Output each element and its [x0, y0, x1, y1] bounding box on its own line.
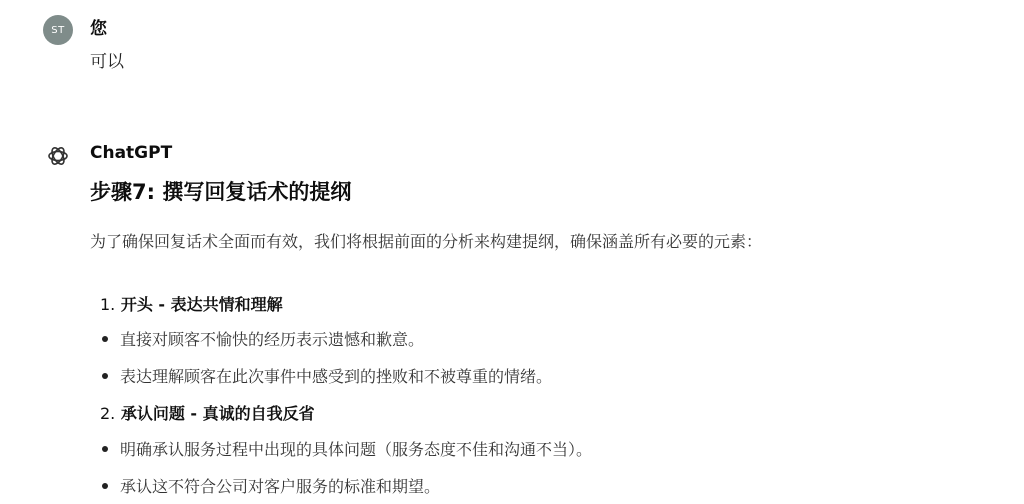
section-title: 开头 - 表达共情和理解: [121, 295, 283, 314]
list-item: 直接对顾客不愉快的经历表示遗憾和歉意。: [120, 327, 424, 350]
list-section-1-title: 1. 开头 - 表达共情和理解: [100, 292, 283, 315]
list-item: 承认这不符合公司对客户服务的标准和期望。: [120, 474, 440, 497]
section-title: 承认问题 - 真诚的自我反省: [121, 404, 315, 423]
user-name: 您: [90, 14, 107, 39]
section-number: 2.: [100, 404, 115, 423]
list-section-2-title: 2. 承认问题 - 真诚的自我反省: [100, 401, 315, 424]
user-avatar: ST: [43, 15, 73, 45]
user-message-text: 可以: [90, 47, 124, 72]
list-item: 明确承认服务过程中出现的具体问题（服务态度不佳和沟通不当）。: [120, 437, 592, 460]
response-heading: 步骤7: 撰写回复话术的提纲: [90, 176, 351, 206]
assistant-name: ChatGPT: [90, 143, 172, 163]
list-item: 表达理解顾客在此次事件中感受到的挫败和不被尊重的情绪。: [120, 364, 552, 387]
section-number: 1.: [100, 295, 115, 314]
openai-logo-icon: [45, 143, 71, 169]
response-intro: 为了确保回复话术全面而有效，我们将根据前面的分析来构建提纲，确保涵盖所有必要的元…: [90, 229, 762, 252]
